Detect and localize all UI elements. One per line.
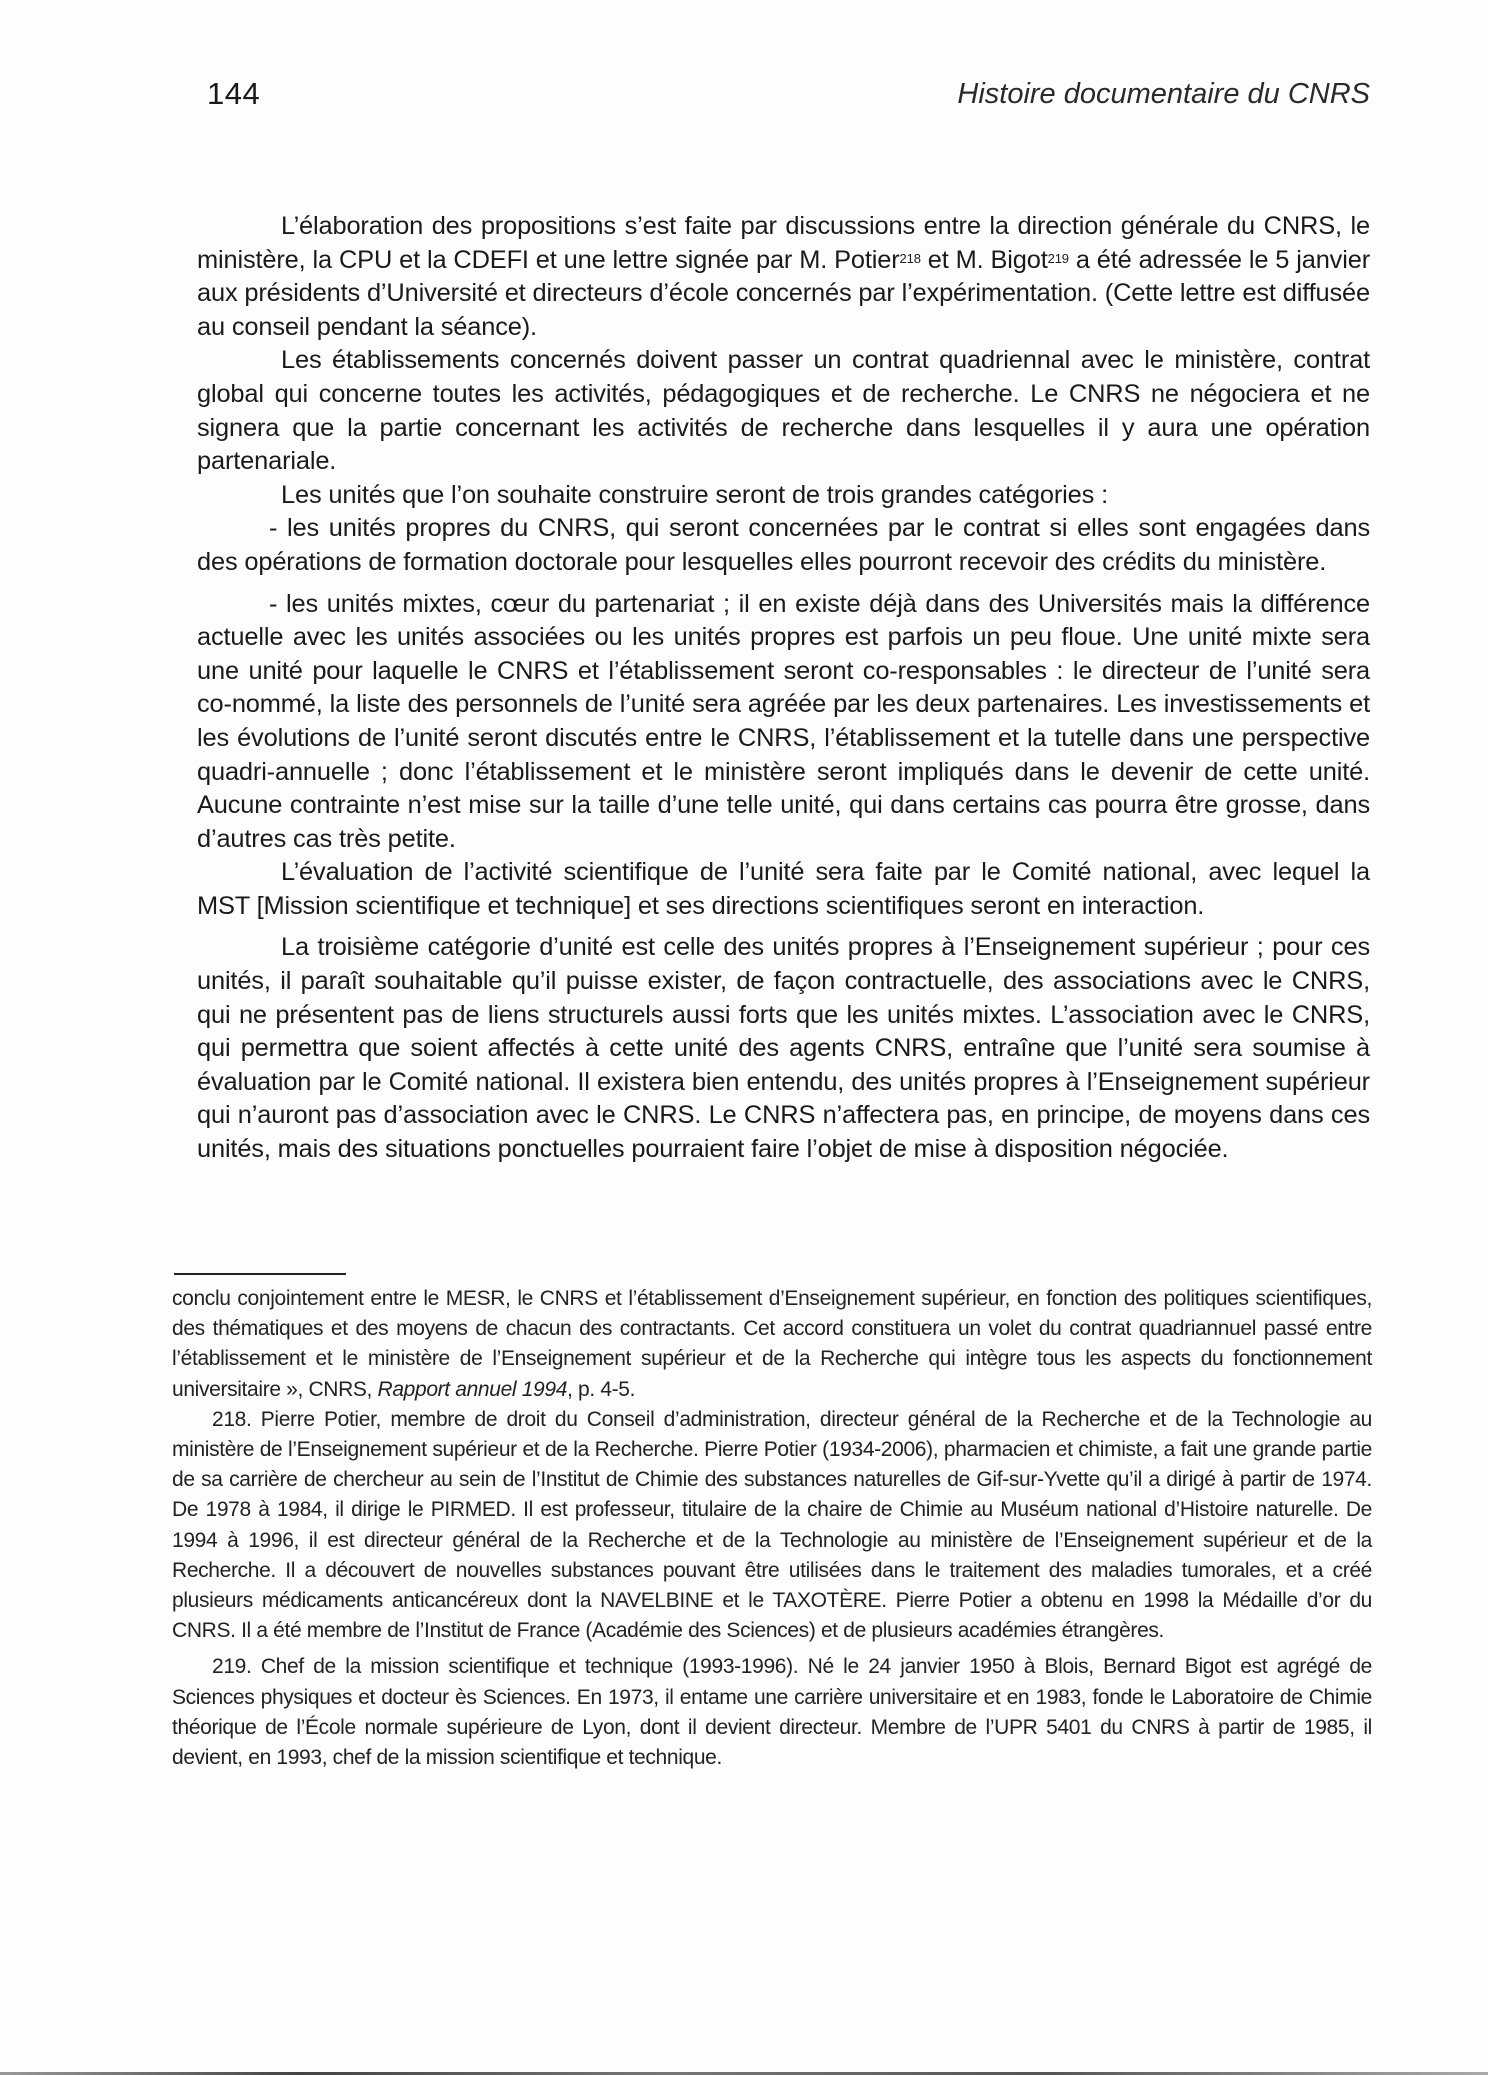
paragraph-elaboration: L’élaboration des propositions s’est fai… bbox=[197, 210, 1370, 344]
paragraph-text: et M. Bigot bbox=[921, 246, 1048, 274]
footnote-citation-title: Rapport annuel 1994 bbox=[378, 1378, 568, 1401]
footnote-text: conclu conjointement entre le MESR, le C… bbox=[172, 1287, 1372, 1401]
paragraph-etablissements: Les établissements concernés doivent pas… bbox=[197, 344, 1370, 478]
footnote-218: 218. Pierre Potier, membre de droit du C… bbox=[172, 1405, 1372, 1647]
paragraph-categories-intro: Les unités que l’on souhaite construire … bbox=[197, 479, 1370, 513]
footnote-separator bbox=[174, 1273, 346, 1275]
list-item-unites-propres: - les unités propres du CNRS, qui seront… bbox=[197, 512, 1370, 579]
footnote-219: 219. Chef de la mission scientifique et … bbox=[172, 1652, 1372, 1773]
footnote-ref-219[interactable]: 219 bbox=[1048, 251, 1069, 266]
list-item-unites-mixtes: - les unités mixtes, cœur du partenariat… bbox=[197, 588, 1370, 857]
footnotes: conclu conjointement entre le MESR, le C… bbox=[172, 1284, 1372, 1773]
paragraph-troisieme-categorie: La troisième catégorie d’unité est celle… bbox=[197, 931, 1370, 1166]
footnote-continuation: conclu conjointement entre le MESR, le C… bbox=[172, 1284, 1372, 1405]
footnote-ref-218[interactable]: 218 bbox=[900, 251, 921, 266]
footnote-text: , p. 4-5. bbox=[567, 1378, 635, 1401]
paragraph-evaluation: L’évaluation de l’activité scientifique … bbox=[197, 856, 1370, 923]
body-text: L’élaboration des propositions s’est fai… bbox=[197, 210, 1370, 1167]
page-number: 144 bbox=[207, 76, 260, 112]
running-title: Histoire documentaire du CNRS bbox=[957, 78, 1370, 111]
page-header: 144 Histoire documentaire du CNRS bbox=[207, 76, 1370, 116]
